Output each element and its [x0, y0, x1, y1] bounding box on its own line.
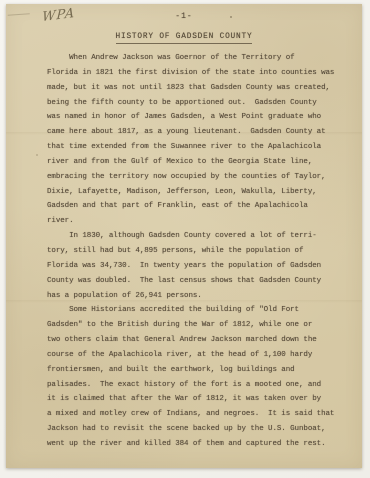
typed-line: a mixed and motley crew of Indians, and …	[47, 407, 347, 422]
typed-line: County was doubled. The last census show…	[47, 274, 347, 289]
typed-line: Gadsden" to the British during the War o…	[47, 318, 347, 333]
typed-line: river and from the Gulf of Mexico to the…	[47, 155, 347, 170]
typed-line: has a population of 26,941 persons.	[47, 289, 347, 304]
typed-line: being the fifth county to be apportioned…	[47, 96, 347, 111]
document-title-text: HISTORY OF GADSDEN COUNTY	[116, 33, 253, 44]
typed-line: Jackson had to revisit the scene backed …	[47, 422, 347, 437]
typed-line: When Andrew Jackson was Goernor of the T…	[47, 51, 347, 66]
typed-line: embracing the territory now occupied by …	[47, 170, 347, 185]
typed-line: that time extended from the Suwannee riv…	[47, 140, 347, 155]
typed-line: river.	[47, 214, 347, 229]
typed-line: it is claimed that after the War of 1812…	[47, 392, 347, 407]
page-number: -1-	[6, 12, 362, 21]
typed-line: came here about 1817, as a young lieuten…	[47, 125, 347, 140]
typed-line: tory, still had but 4,895 persons, while…	[47, 244, 347, 259]
typed-line: palisades. The exact history of the fort…	[47, 378, 347, 393]
typed-body: When Andrew Jackson was Goernor of the T…	[47, 51, 347, 452]
typed-line: frontiersmen, and built the earthwork, l…	[47, 363, 347, 378]
typed-line: course of the Apalachicola river, at the…	[47, 348, 347, 363]
document-page: WPA -1- HISTORY OF GADSDEN COUNTY When A…	[6, 4, 362, 468]
typed-line: was named in honor of James Gadsden, a W…	[47, 110, 347, 125]
typed-line: In 1830, although Gadsden County covered…	[47, 229, 347, 244]
typed-line: two others claim that General Andrew Jac…	[47, 333, 347, 348]
typed-line: Gadsden and that part of Franklin, east …	[47, 199, 347, 214]
typed-line: Florida was 34,730. In twenty years the …	[47, 259, 347, 274]
typed-line: made, but it was not until 1823 that Gad…	[47, 81, 347, 96]
scan-background: WPA -1- HISTORY OF GADSDEN COUNTY When A…	[0, 0, 370, 478]
ink-speck	[36, 154, 38, 156]
typed-line: Some Historians accredited the building …	[47, 303, 347, 318]
typed-line: Florida in 1821 the first division of th…	[47, 66, 347, 81]
document-title: HISTORY OF GADSDEN COUNTY	[6, 33, 362, 41]
typed-line: went up the river and killed 384 of them…	[47, 437, 347, 452]
typed-line: Dixie, Lafayette, Madison, Jefferson, Le…	[47, 185, 347, 200]
